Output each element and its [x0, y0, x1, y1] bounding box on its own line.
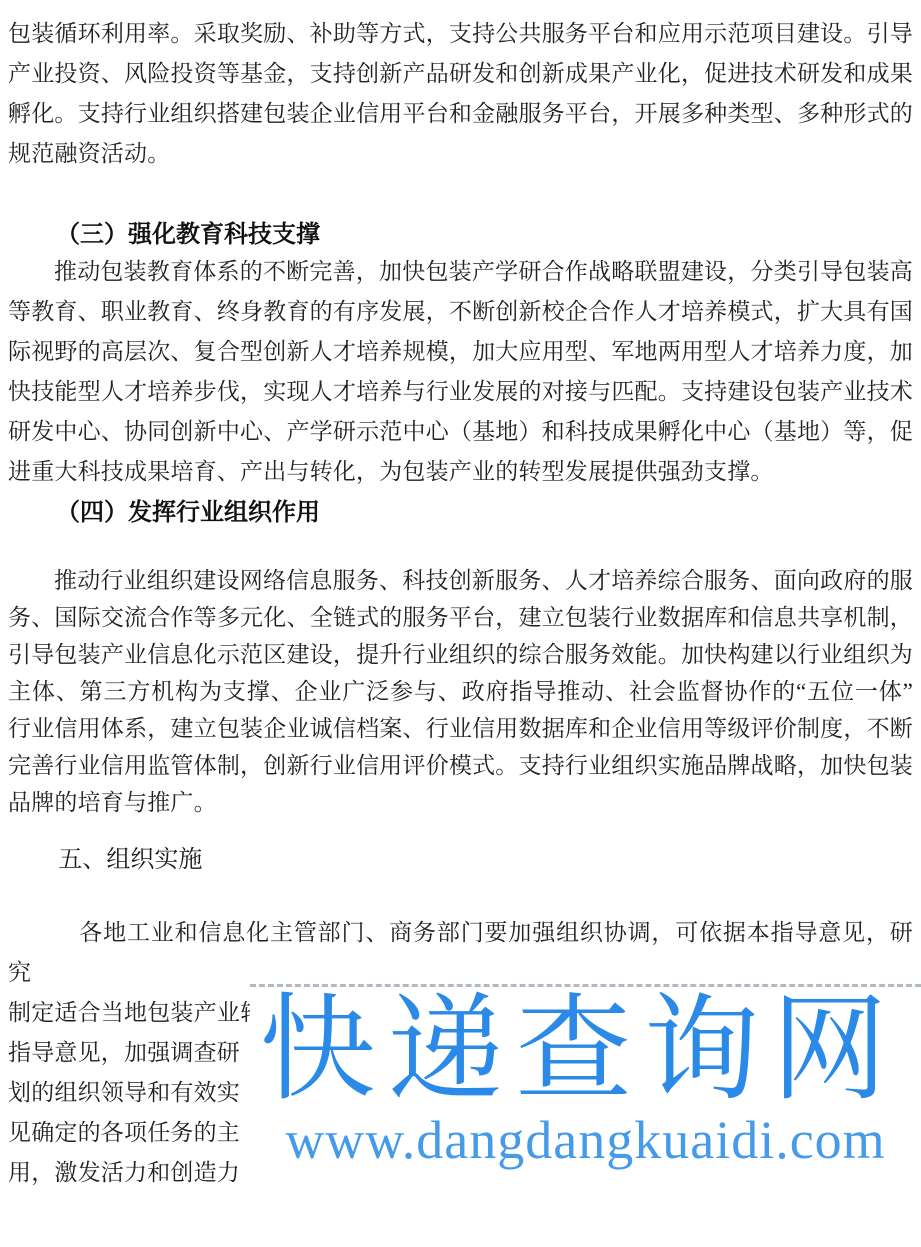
text-line: 孵化。支持行业组织搭建包装企业信用平台和金融服务平台，开展多种类型、多种形式的 [8, 94, 913, 134]
watermark-url: www.dangdangkuaidi.com [250, 1111, 921, 1169]
text-line: 推动包装教育体系的不断完善，加快包装产学研合作战略联盟建设，分类引导包装高 [8, 252, 913, 292]
text-line: 各地工业和信息化主管部门、商务部门要加强组织协调，可依据本指导意见，研究 [8, 913, 913, 993]
text-line: 完善行业信用监管体制，创新行业信用评价模式。支持行业组织实施品牌战略，加快包装 [8, 747, 913, 784]
text-line: 研发中心、协同创新中心、产学研示范中心（基地）和科技成果孵化中心（基地）等，促 [8, 412, 913, 452]
watermark-title: 快递查询网 [250, 989, 921, 1113]
text-line: 行业信用体系，建立包装企业诚信档案、行业信用数据库和企业信用等级评价制度，不断 [8, 710, 913, 747]
watermark: 快递查询网 www.dangdangkuaidi.com [250, 984, 921, 1192]
text-line: 进重大科技成果培育、产出与转化，为包装产业的转型发展提供强劲支撑。 [8, 452, 913, 492]
text-line: 品牌的培育与推广。 [8, 784, 913, 821]
section-heading-5: 五、组织实施 [8, 843, 913, 877]
text-line: 务、国际交流合作等多元化、全链式的服务平台，建立包装行业数据库和信息共享机制， [8, 599, 913, 636]
text-line: 际视野的高层次、复合型创新人才培养规模，加大应用型、军地两用型人才培养力度，加 [8, 332, 913, 372]
text-line: 规范融资活动。 [8, 134, 913, 174]
text-line: 快技能型人才培养步伐，实现人才培养与行业发展的对接与匹配。支持建设包装产业技术 [8, 372, 913, 412]
text-line: 包装循环利用率。采取奖励、补助等方式，支持公共服务平台和应用示范项目建设。引导 [8, 14, 913, 54]
text-line: 推动行业组织建设网络信息服务、科技创新服务、人才培养综合服务、面向政府的服 [8, 562, 913, 599]
section-heading-4: （四）发挥行业组织作用 [8, 496, 913, 530]
text-line: 引导包装产业信息化示范区建设，提升行业组织的综合服务效能。加快构建以行业组织为 [8, 636, 913, 673]
text-line: 产业投资、风险投资等基金，支持创新产品研发和创新成果产业化，促进技术研发和成果 [8, 54, 913, 94]
text-line: 等教育、职业教育、终身教育的有序发展，不断创新校企合作人才培养模式，扩大具有国 [8, 292, 913, 332]
paragraph-intro: 包装循环利用率。采取奖励、补助等方式，支持公共服务平台和应用示范项目建设。引导 … [8, 14, 913, 174]
text-line: 主体、第三方机构为支撑、企业广泛参与、政府指导推动、社会监督协作的“五位一体” [8, 673, 913, 710]
paragraph-section-4: 推动行业组织建设网络信息服务、科技创新服务、人才培养综合服务、面向政府的服 务、… [8, 562, 913, 821]
section-heading-3: （三）强化教育科技支撑 [8, 218, 913, 252]
paragraph-section-3: 推动包装教育体系的不断完善，加快包装产学研合作战略联盟建设，分类引导包装高 等教… [8, 252, 913, 492]
